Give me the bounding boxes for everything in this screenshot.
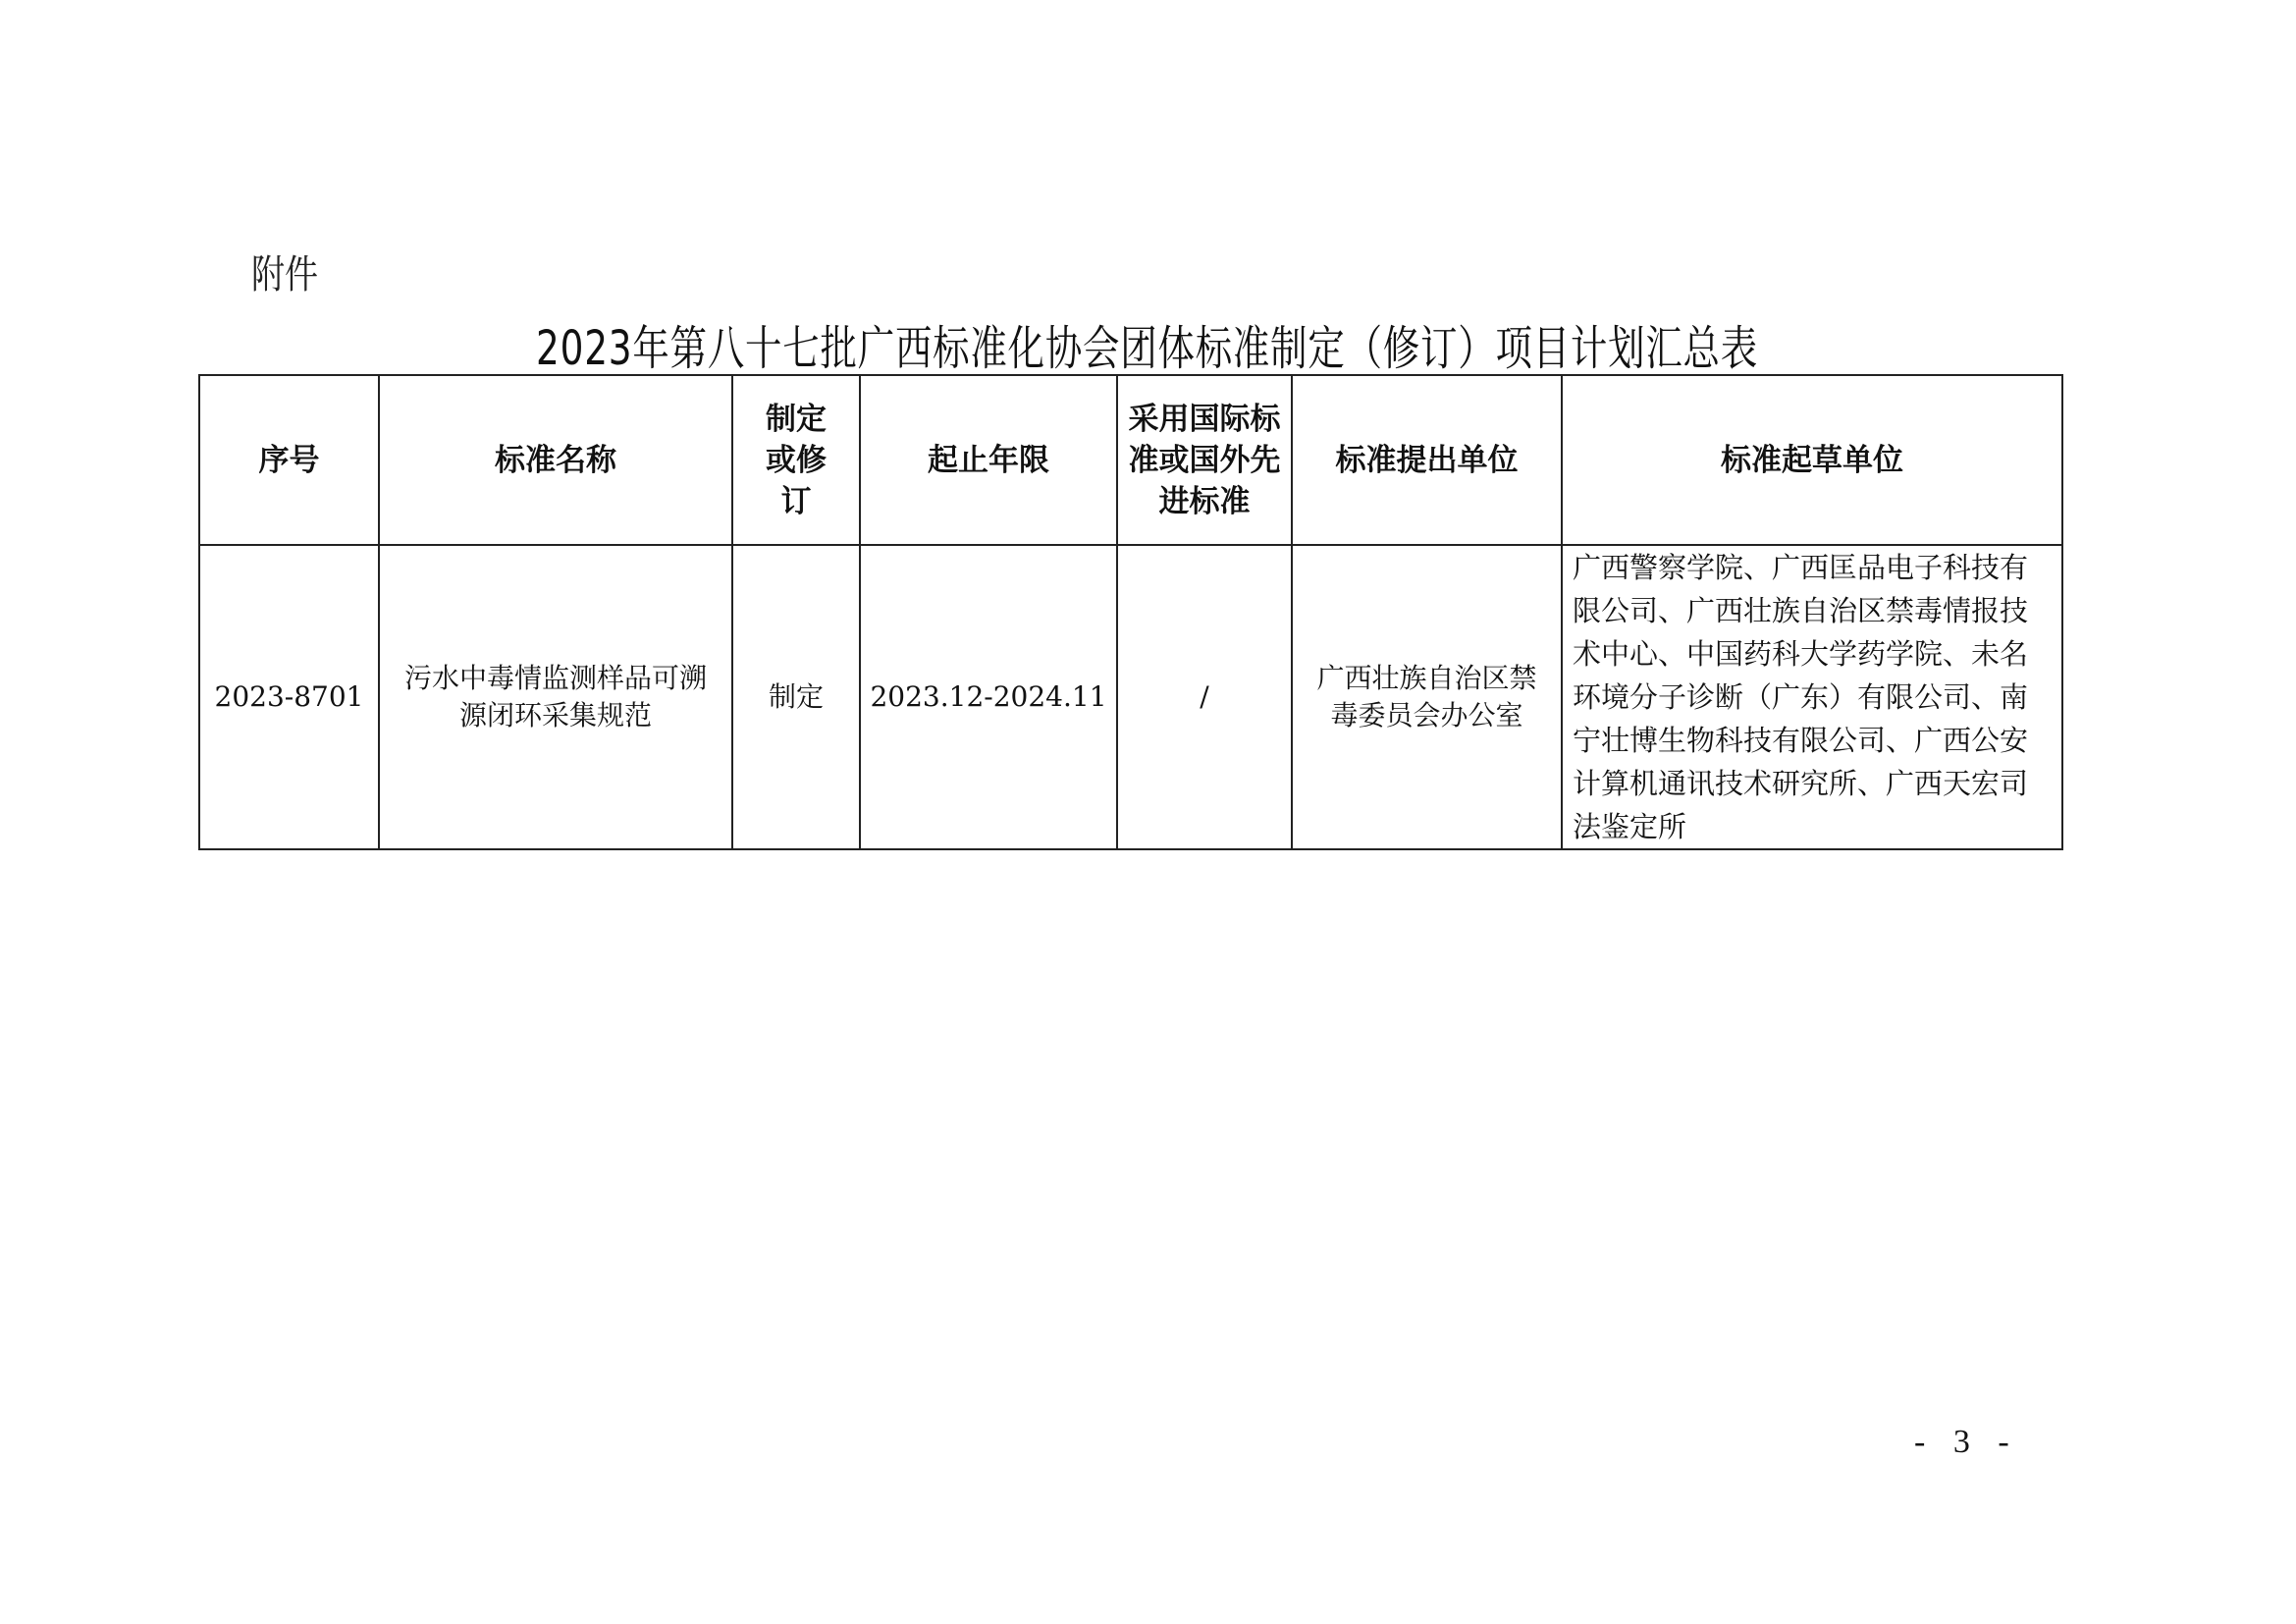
header-type: 制定或修订 [732,375,860,545]
header-period: 起止年限 [860,375,1117,545]
table-header-row: 序号 标准名称 制定或修订 起止年限 采用国际标准或国外先进标准 标准提出单位 … [199,375,2062,545]
header-serial: 序号 [199,375,379,545]
header-standard-name: 标准名称 [379,375,732,545]
cell-standard-name: 污水中毒情监测样品可溯源闭环采集规范 [379,545,732,849]
cell-type: 制定 [732,545,860,849]
header-drafters: 标准起草单位 [1562,375,2062,545]
project-plan-table: 序号 标准名称 制定或修订 起止年限 采用国际标准或国外先进标准 标准提出单位 … [198,374,2063,850]
cell-drafters: 广西警察学院、广西匡品电子科技有限公司、广西壮族自治区禁毒情报技术中心、中国药科… [1562,545,2062,849]
header-intl-standard: 采用国际标准或国外先进标准 [1117,375,1292,545]
cell-serial: 2023-8701 [199,545,379,849]
page-title: 2023年第八十七批广西标准化协会团体标准制定（修订）项目计划汇总表 [251,310,2042,378]
table-row: 2023-8701 污水中毒情监测样品可溯源闭环采集规范 制定 2023.12-… [199,545,2062,849]
attachment-label: 附件 [251,244,318,299]
cell-period: 2023.12-2024.11 [860,545,1117,849]
page-number: - 3 - [1914,1424,2019,1461]
cell-proposer: 广西壮族自治区禁毒委员会办公室 [1292,545,1562,849]
cell-intl-standard: / [1117,545,1292,849]
header-proposer: 标准提出单位 [1292,375,1562,545]
